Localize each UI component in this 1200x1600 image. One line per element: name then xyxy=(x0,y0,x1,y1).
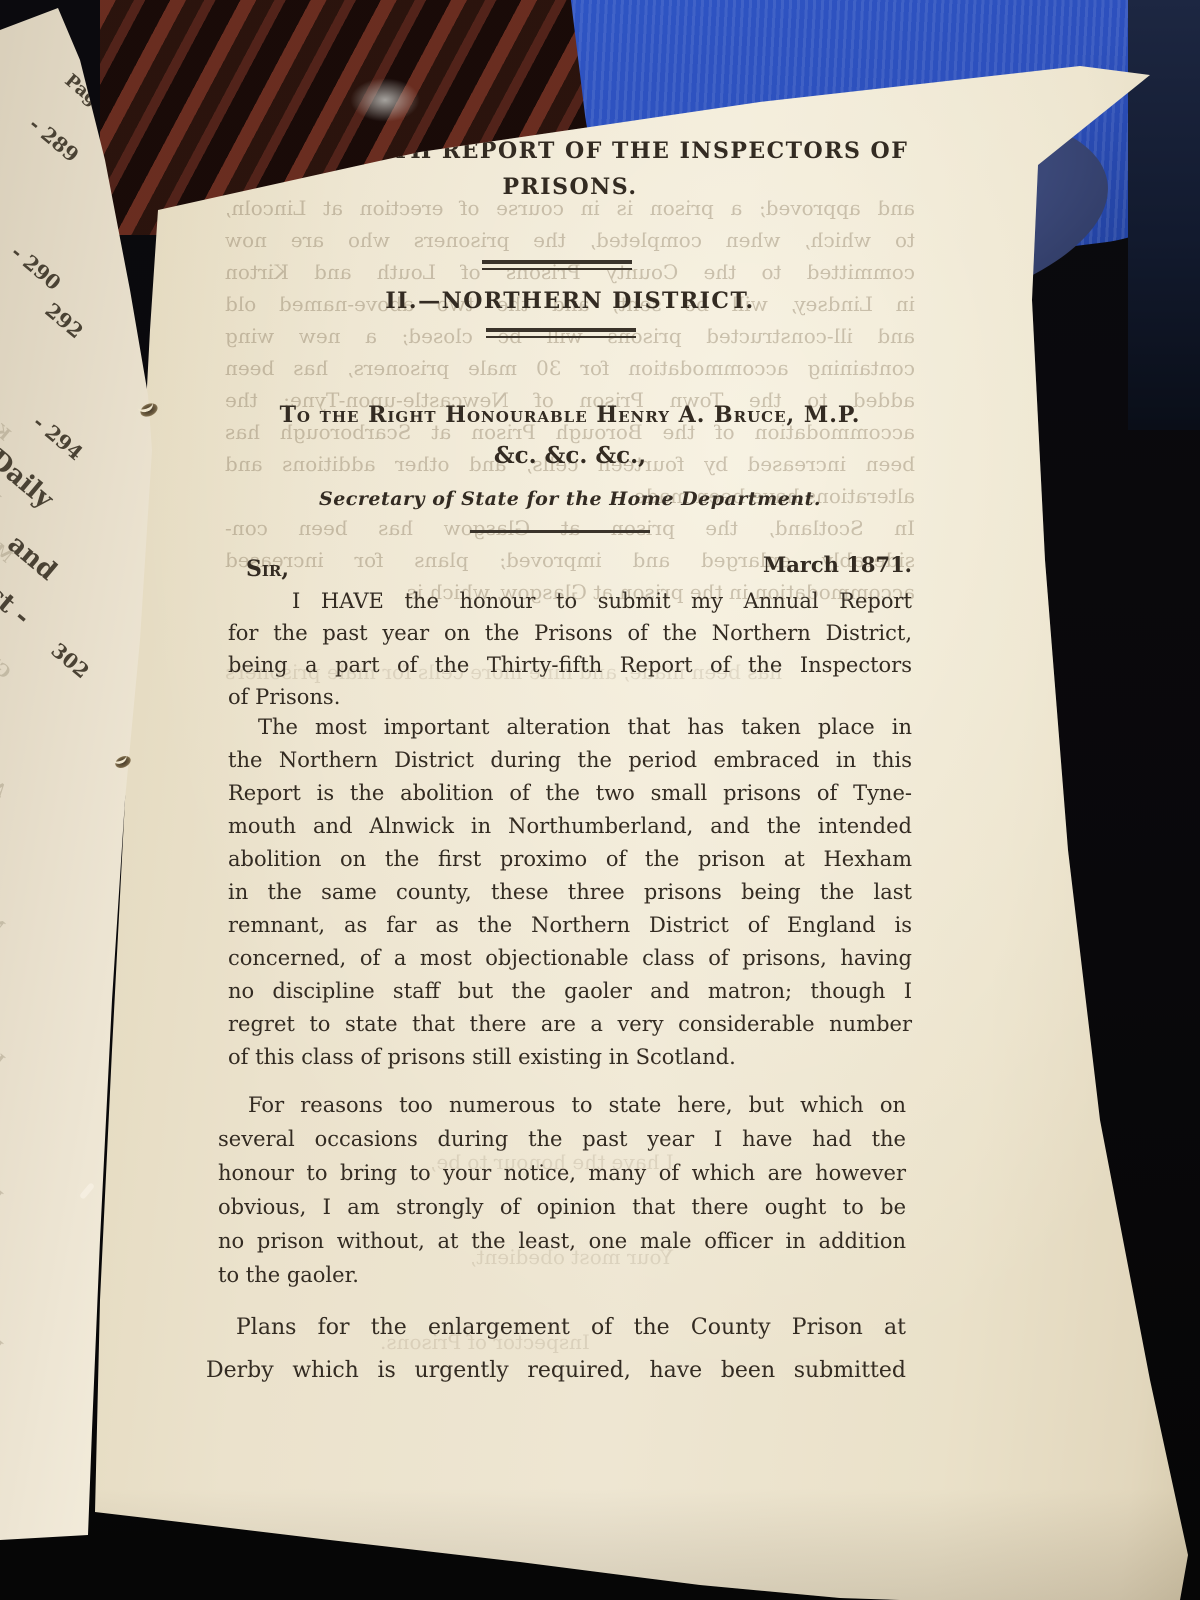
photo-scene: and approved; a prison is in course of e… xyxy=(0,0,1200,1600)
binding-stitch xyxy=(140,404,158,416)
body-line: of Prisons. xyxy=(228,684,912,710)
double-rule xyxy=(482,260,632,270)
single-rule xyxy=(470,530,650,533)
book-right-page: and approved; a prison is in course of e… xyxy=(0,0,1200,1600)
bleedthrough-fragment: Airdrie xyxy=(0,743,10,801)
bleedthrough-line: In Scotland, the prison at Glasgow has b… xyxy=(225,516,915,540)
body-line: in the same county, these three prisons … xyxy=(228,879,912,905)
bleedthrough-fragment: Kinros xyxy=(0,389,14,445)
bleedthrough-line: to which, when completed, the prisoners … xyxy=(225,228,915,252)
report-title-line2: PRISONS. xyxy=(228,174,912,200)
bleedthrough-fragment: Kirkw xyxy=(0,1020,8,1072)
body-line: for the past year on the Prisons of the … xyxy=(228,620,912,646)
body-line: no prison without, at the least, one mal… xyxy=(218,1228,906,1254)
bleedthrough-fragment: Nairn xyxy=(0,887,8,937)
body-line: Derby which is urgently required, have b… xyxy=(206,1358,906,1384)
body-line: to the gaoler. xyxy=(218,1262,906,1288)
body-line: the Northern District during the period … xyxy=(228,747,912,773)
toc-page-number: - 290 xyxy=(7,240,66,295)
bleedthrough-line: containing accommodation for 30 male pri… xyxy=(225,356,915,380)
double-rule xyxy=(486,328,636,338)
body-line: of this class of prisons still existing … xyxy=(228,1044,912,1070)
body-line: obvious, I am strongly of opinion that t… xyxy=(218,1194,906,1220)
report-date: March 1871. xyxy=(700,552,912,577)
body-line: For reasons too numerous to state here, … xyxy=(218,1092,906,1118)
addressee-line1: To the Right Honourable Henry A. Bruce, … xyxy=(228,402,912,428)
body-line: abolition on the first proximo of the pr… xyxy=(228,846,912,872)
salutation: Sir, xyxy=(246,556,289,582)
body-line: honour to bring to your notice, many of … xyxy=(218,1160,906,1186)
toc-page-number: - 294 xyxy=(29,410,88,465)
body-line: Plans for the enlargement of the County … xyxy=(206,1315,906,1341)
addressee-line3: Secretary of State for the Home Departme… xyxy=(228,488,912,510)
carpet-highlight xyxy=(350,78,420,122)
bleedthrough-fragment: Hamil xyxy=(0,689,2,742)
dark-navy-edge xyxy=(1128,0,1200,430)
body-line: The most important alteration that has t… xyxy=(228,714,912,740)
bleedthrough-fragment: Roxb xyxy=(0,1311,6,1357)
toc-page-number: - 289 xyxy=(25,112,84,167)
toc-text-fragment: ict - xyxy=(0,572,36,632)
body-line: several occasions during the past year I… xyxy=(218,1126,906,1152)
bleedthrough-fragment: Glasg xyxy=(0,634,14,684)
addressee-line2: &c. &c. &c., xyxy=(228,442,912,469)
body-line: regret to state that there are a very co… xyxy=(228,1011,912,1037)
body-line: being a part of the Thirty-fifth Report … xyxy=(228,652,912,678)
body-line: I HAVE the honour to submit my Annual Re… xyxy=(228,588,912,614)
toc-text-fragment: Daily xyxy=(0,444,59,515)
toc-page-number: 302 xyxy=(47,638,94,683)
body-line: mouth and Alnwick in Northumberland, and… xyxy=(228,813,912,839)
toc-page-number: 292 xyxy=(41,298,88,343)
body-line: concerned, of a most objectionable class… xyxy=(228,945,912,971)
body-line: no discipline staff but the gaoler and m… xyxy=(228,978,912,1004)
section-heading: II.—NORTHERN DISTRICT. xyxy=(228,288,912,314)
binding-stitch xyxy=(115,757,131,768)
bleedthrough-fragment: Renfrew xyxy=(0,1141,6,1207)
body-line: remnant, as far as the Northern District… xyxy=(228,912,912,938)
body-line: Report is the abolition of the two small… xyxy=(228,780,912,806)
